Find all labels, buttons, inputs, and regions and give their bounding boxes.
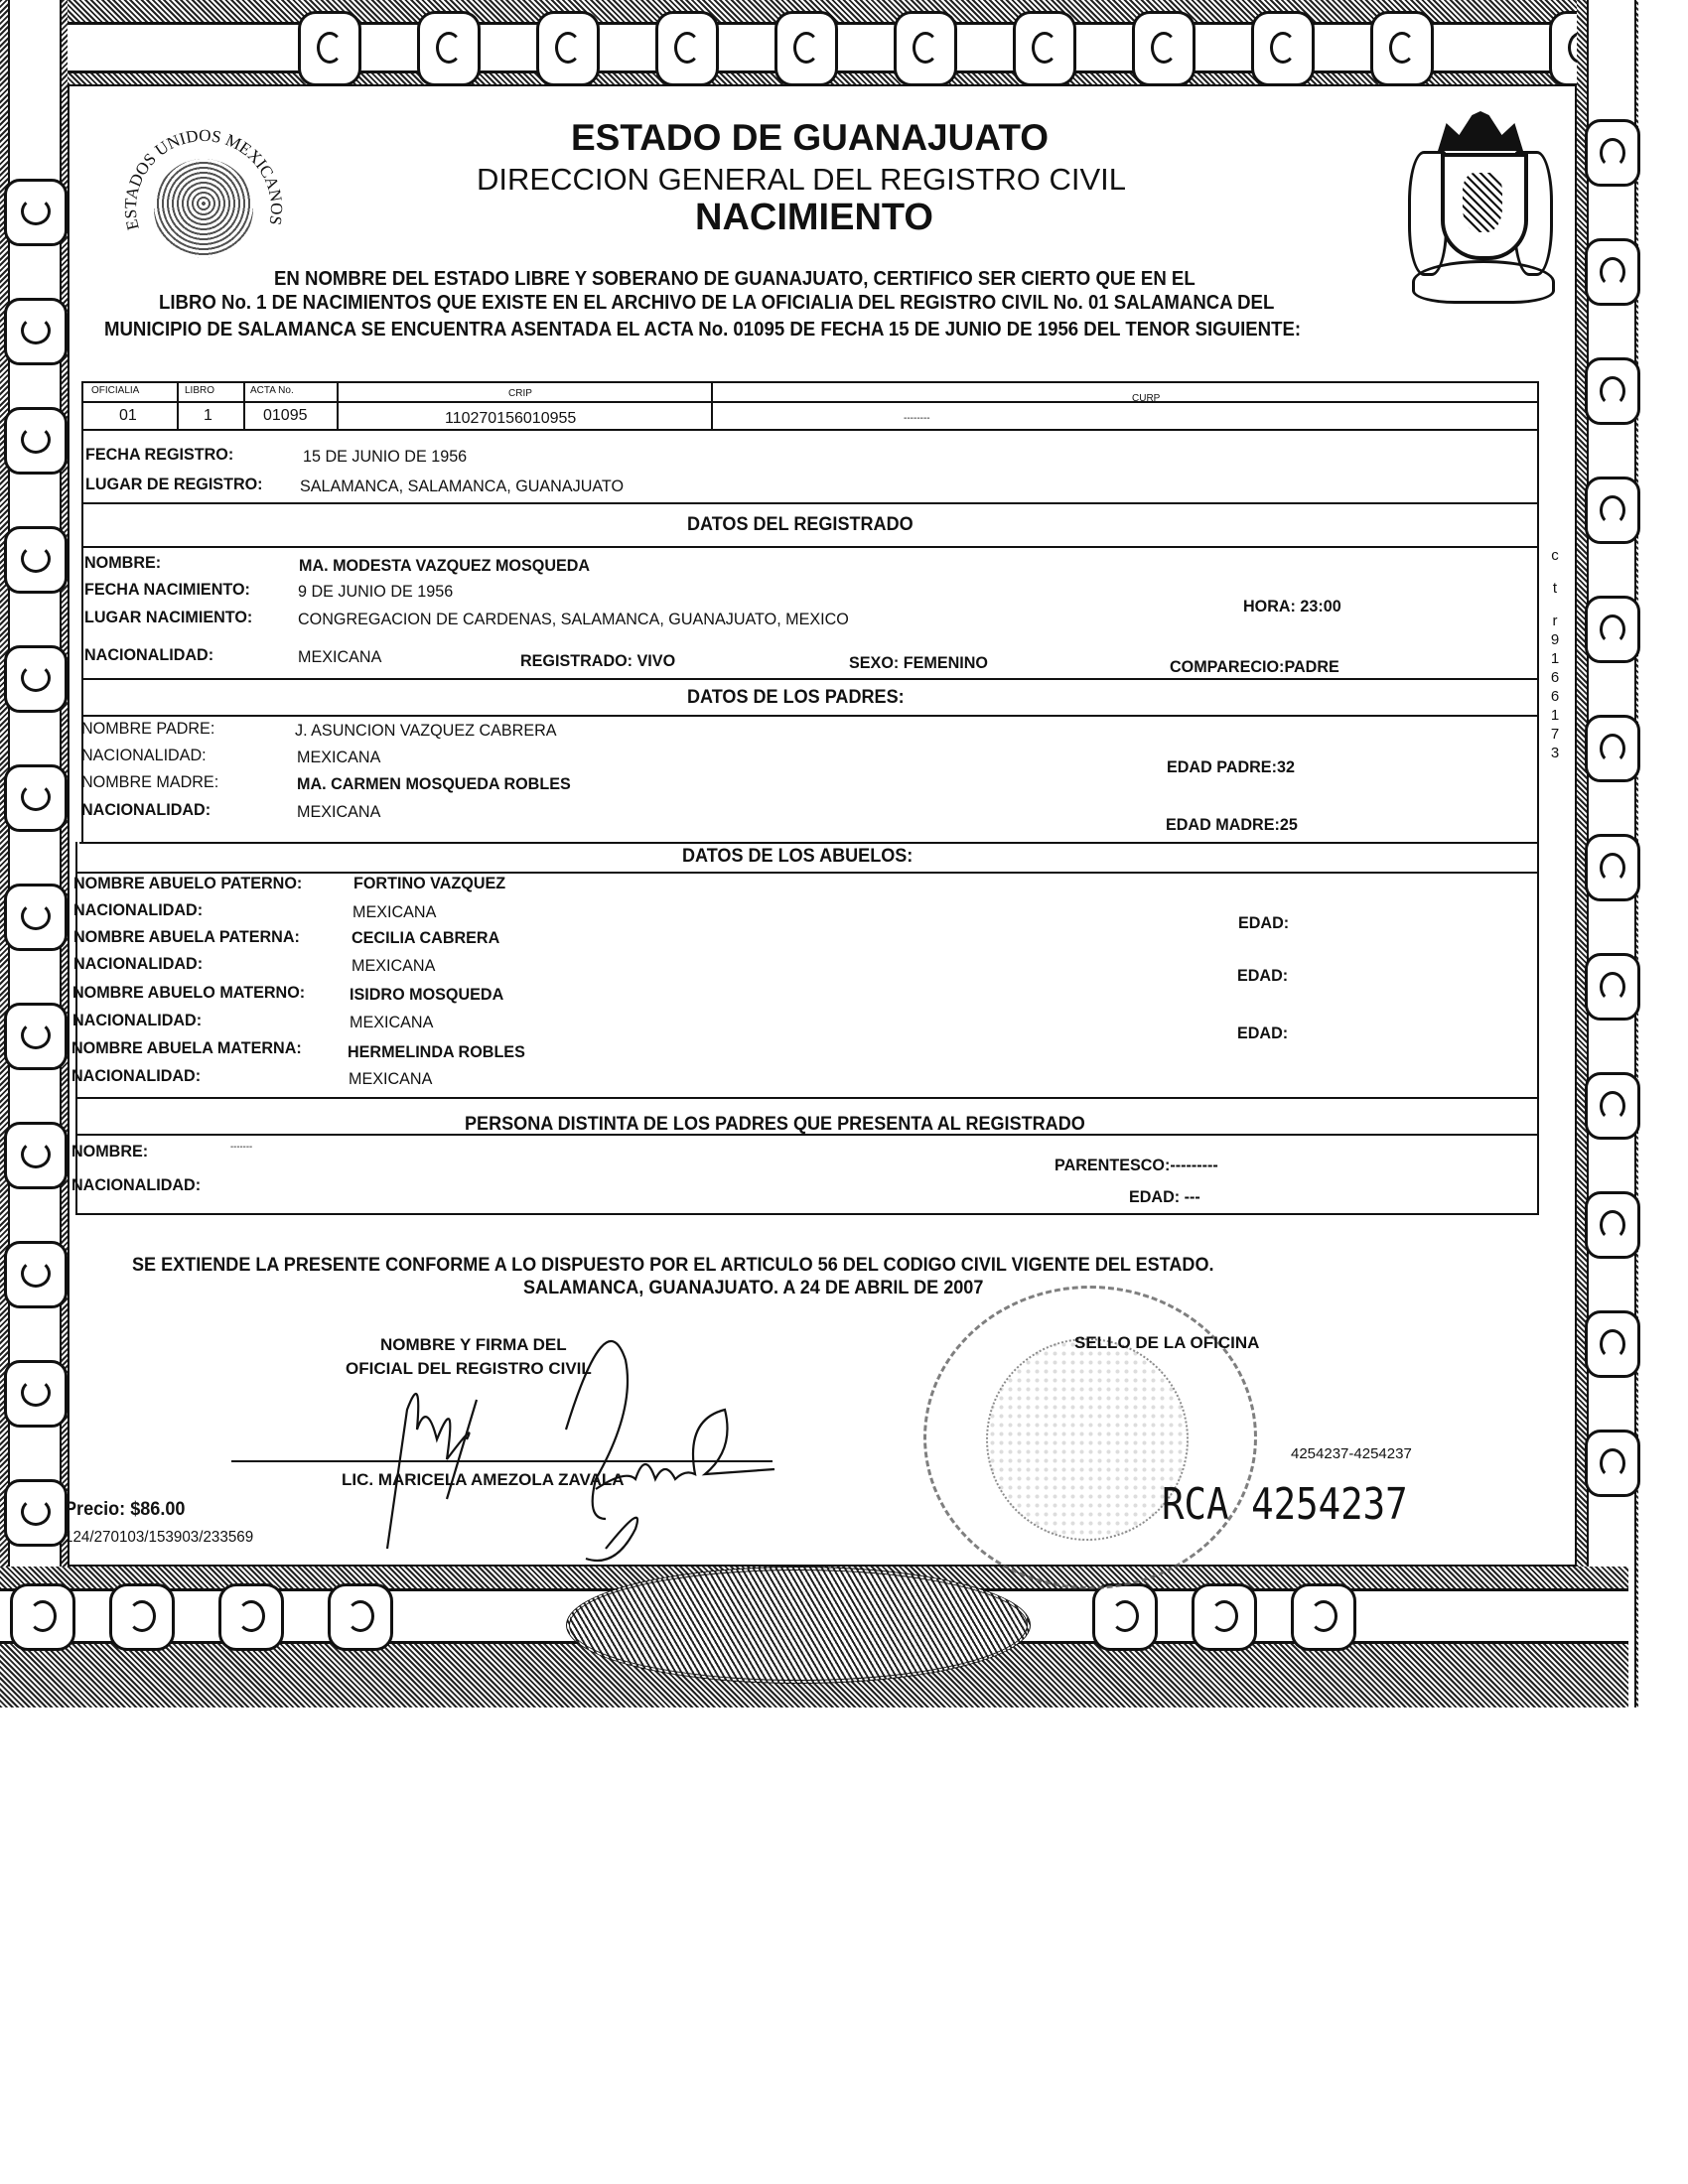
- crown-icon: [1438, 111, 1523, 151]
- value-nacionalidad-madre: MEXICANA: [297, 802, 380, 822]
- legal-statement: SE EXTIENDE LA PRESENTE CONFORME A LO DI…: [132, 1255, 1214, 1277]
- price: Precio: $86.00: [65, 1499, 185, 1521]
- guanajuato-coat-of-arms: [1408, 111, 1553, 302]
- intro-line-1: EN NOMBRE DEL ESTADO LIBRE Y SOBERANO DE…: [274, 268, 1196, 291]
- shield-icon: [1441, 153, 1528, 260]
- agency-subtitle: DIRECCION GENERAL DEL REGISTRO CIVIL: [477, 162, 1126, 198]
- label-nacionalidad-abuelo-paterno: NACIONALIDAD:: [73, 900, 203, 920]
- value-fecha-registro: 15 DE JUNIO DE 1956: [303, 447, 467, 467]
- label-nacionalidad-abuelo-materno: NACIONALIDAD:: [72, 1011, 202, 1030]
- value-nacionalidad-abuela-paterna: MEXICANA: [352, 956, 435, 976]
- handwritten-signature: [328, 1320, 784, 1578]
- label-edad-abuela-materna: EDAD:: [1237, 1024, 1288, 1043]
- state-title: ESTADO DE GUANAJUATO: [571, 117, 1049, 159]
- document-type: NACIMIENTO: [695, 197, 933, 239]
- label-abuela-materna: NOMBRE ABUELA MATERNA:: [71, 1038, 302, 1058]
- intro-line-2: LIBRO No. 1 DE NACIMIENTOS QUE EXISTE EN…: [159, 292, 1274, 315]
- label-fecha-registro: FECHA REGISTRO:: [85, 445, 233, 465]
- control-code: 124/270103/153903/233569: [65, 1529, 253, 1547]
- value-lugar-nacimiento: CONGREGACION DE CARDENAS, SALAMANCA, GUA…: [298, 610, 849, 629]
- label-lugar-nacimiento: LUGAR NACIMIENTO:: [84, 608, 252, 627]
- label-nombre-madre: NOMBRE MADRE:: [81, 772, 218, 792]
- value-nombre: MA. MODESTA VAZQUEZ MOSQUEDA: [299, 556, 590, 576]
- place-date: SALAMANCA, GUANAJUATO. A 24 DE ABRIL DE …: [523, 1278, 983, 1299]
- folio-number: RCA 4254237: [1162, 1479, 1408, 1530]
- label-abuela-paterna: NOMBRE ABUELA PATERNA:: [73, 927, 300, 947]
- value-edad-presentante: EDAD: ---: [1129, 1187, 1200, 1207]
- value-fecha-nacimiento: 9 DE JUNIO DE 1956: [298, 582, 453, 602]
- value-registrado: REGISTRADO: VIVO: [520, 651, 675, 671]
- ornamental-border-bottom: [0, 1567, 1628, 1707]
- value-comparecio: COMPARECIO:PADRE: [1170, 657, 1339, 677]
- ornamental-border-left: [0, 0, 68, 1707]
- section-abuelos: DATOS DE LOS ABUELOS:: [682, 846, 913, 868]
- eagle-icon: [154, 159, 253, 258]
- label-edad-abuelos-paternos: EDAD:: [1238, 913, 1289, 933]
- value-abuela-materna: HERMELINDA ROBLES: [348, 1042, 525, 1062]
- section-registrado: DATOS DEL REGISTRADO: [687, 514, 914, 536]
- value-edad-madre: EDAD MADRE:25: [1166, 815, 1298, 835]
- value-abuelo-materno: ISIDRO MOSQUEDA: [350, 985, 503, 1005]
- label-edad-abuelo-materno: EDAD:: [1237, 966, 1288, 986]
- value-hora: HORA: 23:00: [1243, 597, 1341, 616]
- label-nacionalidad-padre: NACIONALIDAD:: [81, 746, 207, 765]
- header-curp: CURP: [1132, 393, 1160, 404]
- header-oficialia: OFICIALIA: [91, 385, 139, 396]
- label-nombre-padre: NOMBRE PADRE:: [81, 719, 214, 739]
- value-nombre-madre: MA. CARMEN MOSQUEDA ROBLES: [297, 774, 571, 794]
- value-sexo: SEXO: FEMENINO: [849, 653, 988, 673]
- label-nacionalidad-abuela-materna: NACIONALIDAD:: [71, 1066, 201, 1086]
- value-nombre-presentante: -------: [230, 1142, 252, 1153]
- serial-range: 4254237-4254237: [1291, 1445, 1412, 1462]
- margin-vertical-code: ct r9 16 61 73: [1545, 546, 1565, 762]
- value-abuelo-paterno: FORTINO VAZQUEZ: [353, 874, 505, 893]
- bottom-center-guilloche: [566, 1567, 1031, 1684]
- value-abuela-paterna: CECILIA CABRERA: [352, 928, 499, 948]
- section-padres: DATOS DE LOS PADRES:: [687, 687, 905, 709]
- label-fecha-nacimiento: FECHA NACIMIENTO:: [84, 580, 250, 600]
- ornamental-border-right: [1577, 0, 1638, 1707]
- ornamental-border-top: [0, 0, 1638, 84]
- value-oficialia: 01: [119, 407, 137, 425]
- value-edad-padre: EDAD PADRE:32: [1167, 757, 1295, 777]
- value-crip: 110270156010955: [445, 410, 576, 428]
- mexican-coat-of-arms-seal: ESTADOS UNIDOS MEXICANOS: [114, 119, 293, 298]
- official-name: LIC. MARICELA AMEZOLA ZAVALA: [342, 1470, 625, 1490]
- intro-line-3: MUNICIPIO DE SALAMANCA SE ENCUENTRA ASEN…: [104, 319, 1301, 341]
- value-nacionalidad: MEXICANA: [298, 647, 381, 667]
- label-nombre: NOMBRE:: [84, 553, 161, 573]
- value-acta: 01095: [263, 407, 308, 425]
- label-nacionalidad-madre: NACIONALIDAD:: [81, 800, 211, 820]
- value-nombre-padre: J. ASUNCION VAZQUEZ CABRERA: [295, 721, 557, 741]
- label-nacionalidad: NACIONALIDAD:: [84, 645, 213, 665]
- header-libro: LIBRO: [185, 385, 214, 396]
- value-nacionalidad-abuelo-materno: MEXICANA: [350, 1013, 433, 1032]
- stamp-label: SELLO DE LA OFICINA: [1074, 1333, 1259, 1353]
- label-abuelo-materno: NOMBRE ABUELO MATERNO:: [72, 983, 305, 1003]
- value-nacionalidad-padre: MEXICANA: [297, 748, 380, 767]
- label-nacionalidad-abuela-paterna: NACIONALIDAD:: [73, 954, 203, 974]
- label-nombre-presentante: NOMBRE:: [71, 1142, 148, 1161]
- value-lugar-registro: SALAMANCA, SALAMANCA, GUANAJUATO: [300, 477, 624, 496]
- office-stamp: [923, 1286, 1257, 1589]
- label-nacionalidad-presentante: NACIONALIDAD:: [71, 1175, 201, 1195]
- label-lugar-registro: LUGAR DE REGISTRO:: [85, 475, 263, 494]
- header-acta: ACTA No.: [250, 385, 294, 396]
- value-curp: --------: [904, 413, 930, 424]
- header-crip: CRIP: [508, 388, 532, 399]
- value-nacionalidad-abuela-materna: MEXICANA: [349, 1069, 432, 1089]
- label-abuelo-paterno: NOMBRE ABUELO PATERNO:: [73, 874, 302, 893]
- value-libro: 1: [204, 407, 212, 425]
- section-presentante: PERSONA DISTINTA DE LOS PADRES QUE PRESE…: [465, 1114, 1085, 1136]
- value-nacionalidad-abuelo-paterno: MEXICANA: [352, 902, 436, 922]
- value-parentesco: PARENTESCO:---------: [1055, 1156, 1218, 1175]
